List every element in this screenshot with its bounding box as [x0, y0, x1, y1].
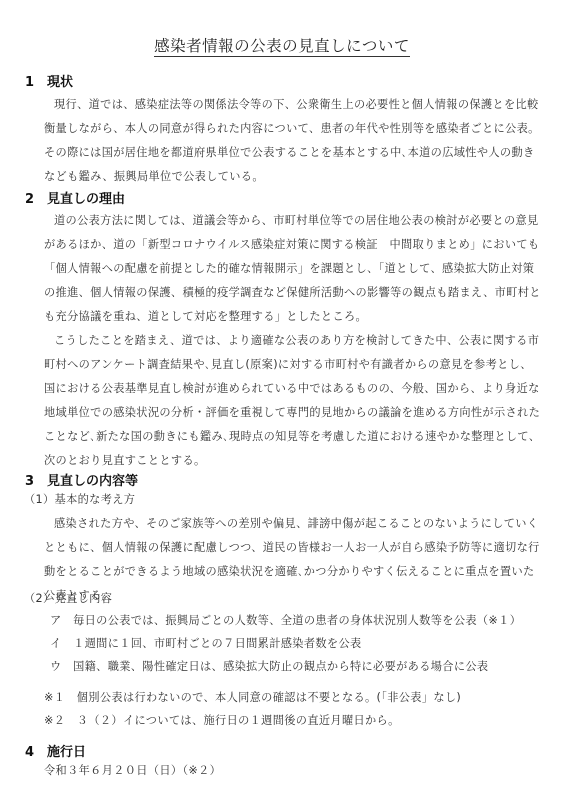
- paragraph-line: の推進、個人情報の保護、積極的疫学調査など保健所活動への影響等の観点も踏まえ、市…: [44, 284, 541, 300]
- subsection-label: （2）見直し内容: [24, 590, 112, 606]
- document-title-text: 感染者情報の公表の見直しについて: [154, 37, 410, 57]
- section-1-heading: 1現状: [25, 71, 73, 90]
- paragraph-line: 町村へのアンケート調査結果や､見直し(原案)に対する市町村や有識者からの意見を参…: [44, 356, 532, 372]
- paragraph-line: こうしたことを踏まえ、道では、より適確な公表のあり方を検討してきた中、公表に関す…: [54, 332, 539, 348]
- paragraph-line: 地域単位での感染状況の分析・評価を重視して専門的見地からの議論を進める方向性が示…: [44, 404, 540, 420]
- section-heading-text: 見直しの内容等: [47, 474, 138, 489]
- paragraph-line: 「個人情報への配慮を前提とした的確な情報開示」を課題とし、「道として、感染拡大防…: [44, 260, 534, 276]
- paragraph-line: 感染された方や、そのご家族等への差別や偏見、誹謗中傷が起こることのないようにして…: [54, 515, 538, 531]
- section-number: 1: [25, 75, 47, 90]
- paragraph-line: 次のとおり見直すこととする。: [44, 452, 206, 468]
- paragraph-line: 動をとることができるよう地域の感染状況を適確､かつ分かりやすく伝えることに重点を…: [44, 563, 535, 579]
- section-heading-text: 施行日: [47, 745, 86, 760]
- footnote: ※２ ３（２）イについては、施行日の１週間後の直近月曜日から。: [44, 712, 400, 728]
- paragraph-line: 現行、道では、感染症法等の関係法令等の下、公衆衛生上の必要性と個人情報の保護とを…: [54, 96, 539, 112]
- effective-date: 令和３年６月２０日（日）（※２）: [44, 762, 221, 778]
- paragraph-line: 道の公表方法に関しては、道議会等から、市町村単位等での居住地公表の検討が必要との…: [54, 212, 539, 228]
- section-number: 4: [25, 745, 47, 760]
- subsection-label: （1）基本的な考え方: [24, 491, 135, 507]
- paragraph-line: とともに、個人情報の保護に配慮しつつ、道民の皆様お一人お一人が自ら感染予防等に適…: [44, 539, 540, 555]
- paragraph-line: その際には国が居住地を都道府県単位で公表することを基本とする中､本道の広域性や人…: [44, 144, 535, 160]
- list-item: ウ 国籍、職業、陽性確定日は、感染拡大防止の観点から特に必要がある場合に公表: [50, 658, 488, 674]
- paragraph-line: も充分協議を重ね、道として対応を整理する」としたところ。: [44, 308, 367, 324]
- section-number: 2: [25, 192, 47, 207]
- paragraph-line: ことなど､新たな国の動きにも鑑み､現時点の知見等を考慮した道における速やかな整理…: [44, 428, 540, 444]
- section-2-heading: 2見直しの理由: [25, 188, 125, 207]
- paragraph-line: があるほか、道の「新型コロナウイルス感染症対策に関する検証 中間取りまとめ」にお…: [44, 236, 539, 252]
- section-number: 3: [25, 474, 47, 489]
- section-heading-text: 見直しの理由: [47, 192, 125, 207]
- paragraph-line: 衡量しながら、本人の同意が得られた内容について、患者の年代や性別等を感染者ごとに…: [44, 120, 540, 136]
- paragraph-line: 国における公表基準見直し検討が進められている中ではあるものの、今般、国から、より…: [44, 380, 540, 396]
- paragraph-line: なども鑑み、振興局単位で公表している。: [44, 168, 264, 184]
- section-4-heading: 4施行日: [25, 741, 86, 760]
- footnote: ※１ 個別公表は行わないので、本人同意の確認は不要となる。(「非公表」なし): [44, 689, 461, 705]
- list-item: ア 毎日の公表では、振興局ごとの人数等、全道の患者の身体状況別人数等を公表（※１…: [50, 612, 521, 628]
- document-title: 感染者情報の公表の見直しについて: [0, 34, 564, 56]
- document-page: 感染者情報の公表の見直しについて 1現状 現行、道では、感染症法等の関係法令等の…: [0, 0, 564, 800]
- list-item: イ １週間に１回、市町村ごとの７日間累計感染者数を公表: [50, 635, 362, 651]
- section-heading-text: 現状: [47, 75, 73, 90]
- section-3-heading: 3見直しの内容等: [25, 470, 138, 489]
